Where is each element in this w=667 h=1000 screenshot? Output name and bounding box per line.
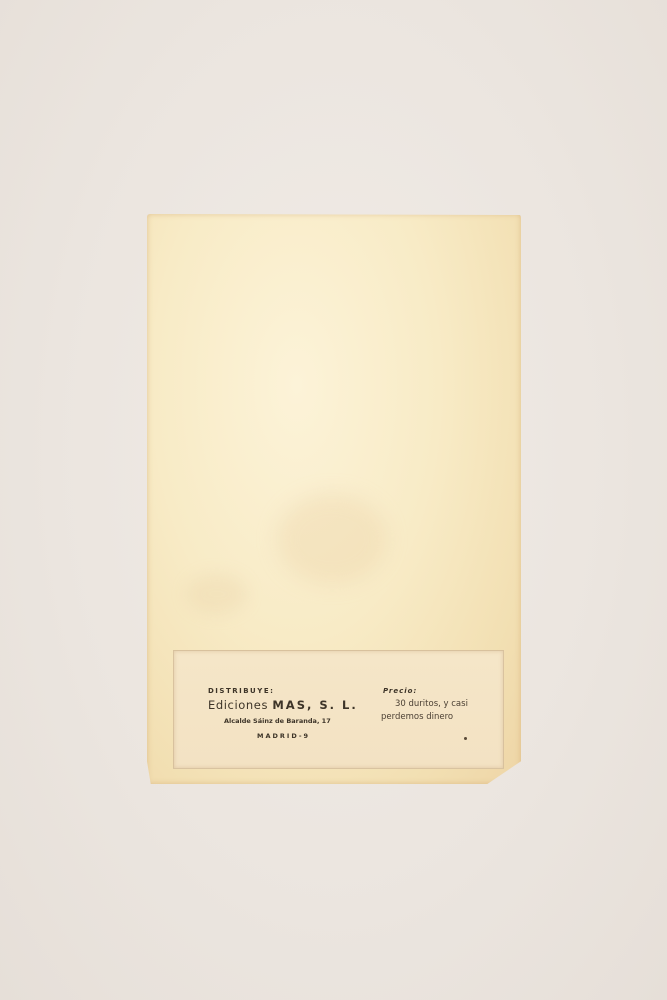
ink-spot (464, 737, 467, 740)
distributor-price-label: DISTRIBUYE: Ediciones MAS, S. L. Alcalde… (173, 650, 504, 769)
book-back-cover: DISTRIBUYE: Ediciones MAS, S. L. Alcalde… (147, 214, 521, 784)
price-text-line2: perdemos dinero (381, 712, 453, 722)
price-heading: Precio: (383, 687, 417, 695)
cover-stain (187, 574, 247, 614)
company-title: MAS, S. L. (272, 698, 357, 712)
cover-stain (277, 494, 387, 584)
company-prefix: Ediciones (208, 698, 268, 712)
company-name: Ediciones MAS, S. L. (208, 698, 358, 712)
distributor-heading: DISTRIBUYE: (208, 687, 274, 695)
distributor-city: MADRID-9 (257, 732, 310, 740)
price-text-line1: 30 duritos, y casi (395, 699, 468, 709)
distributor-address: Alcalde Sáinz de Baranda, 17 (224, 717, 331, 725)
